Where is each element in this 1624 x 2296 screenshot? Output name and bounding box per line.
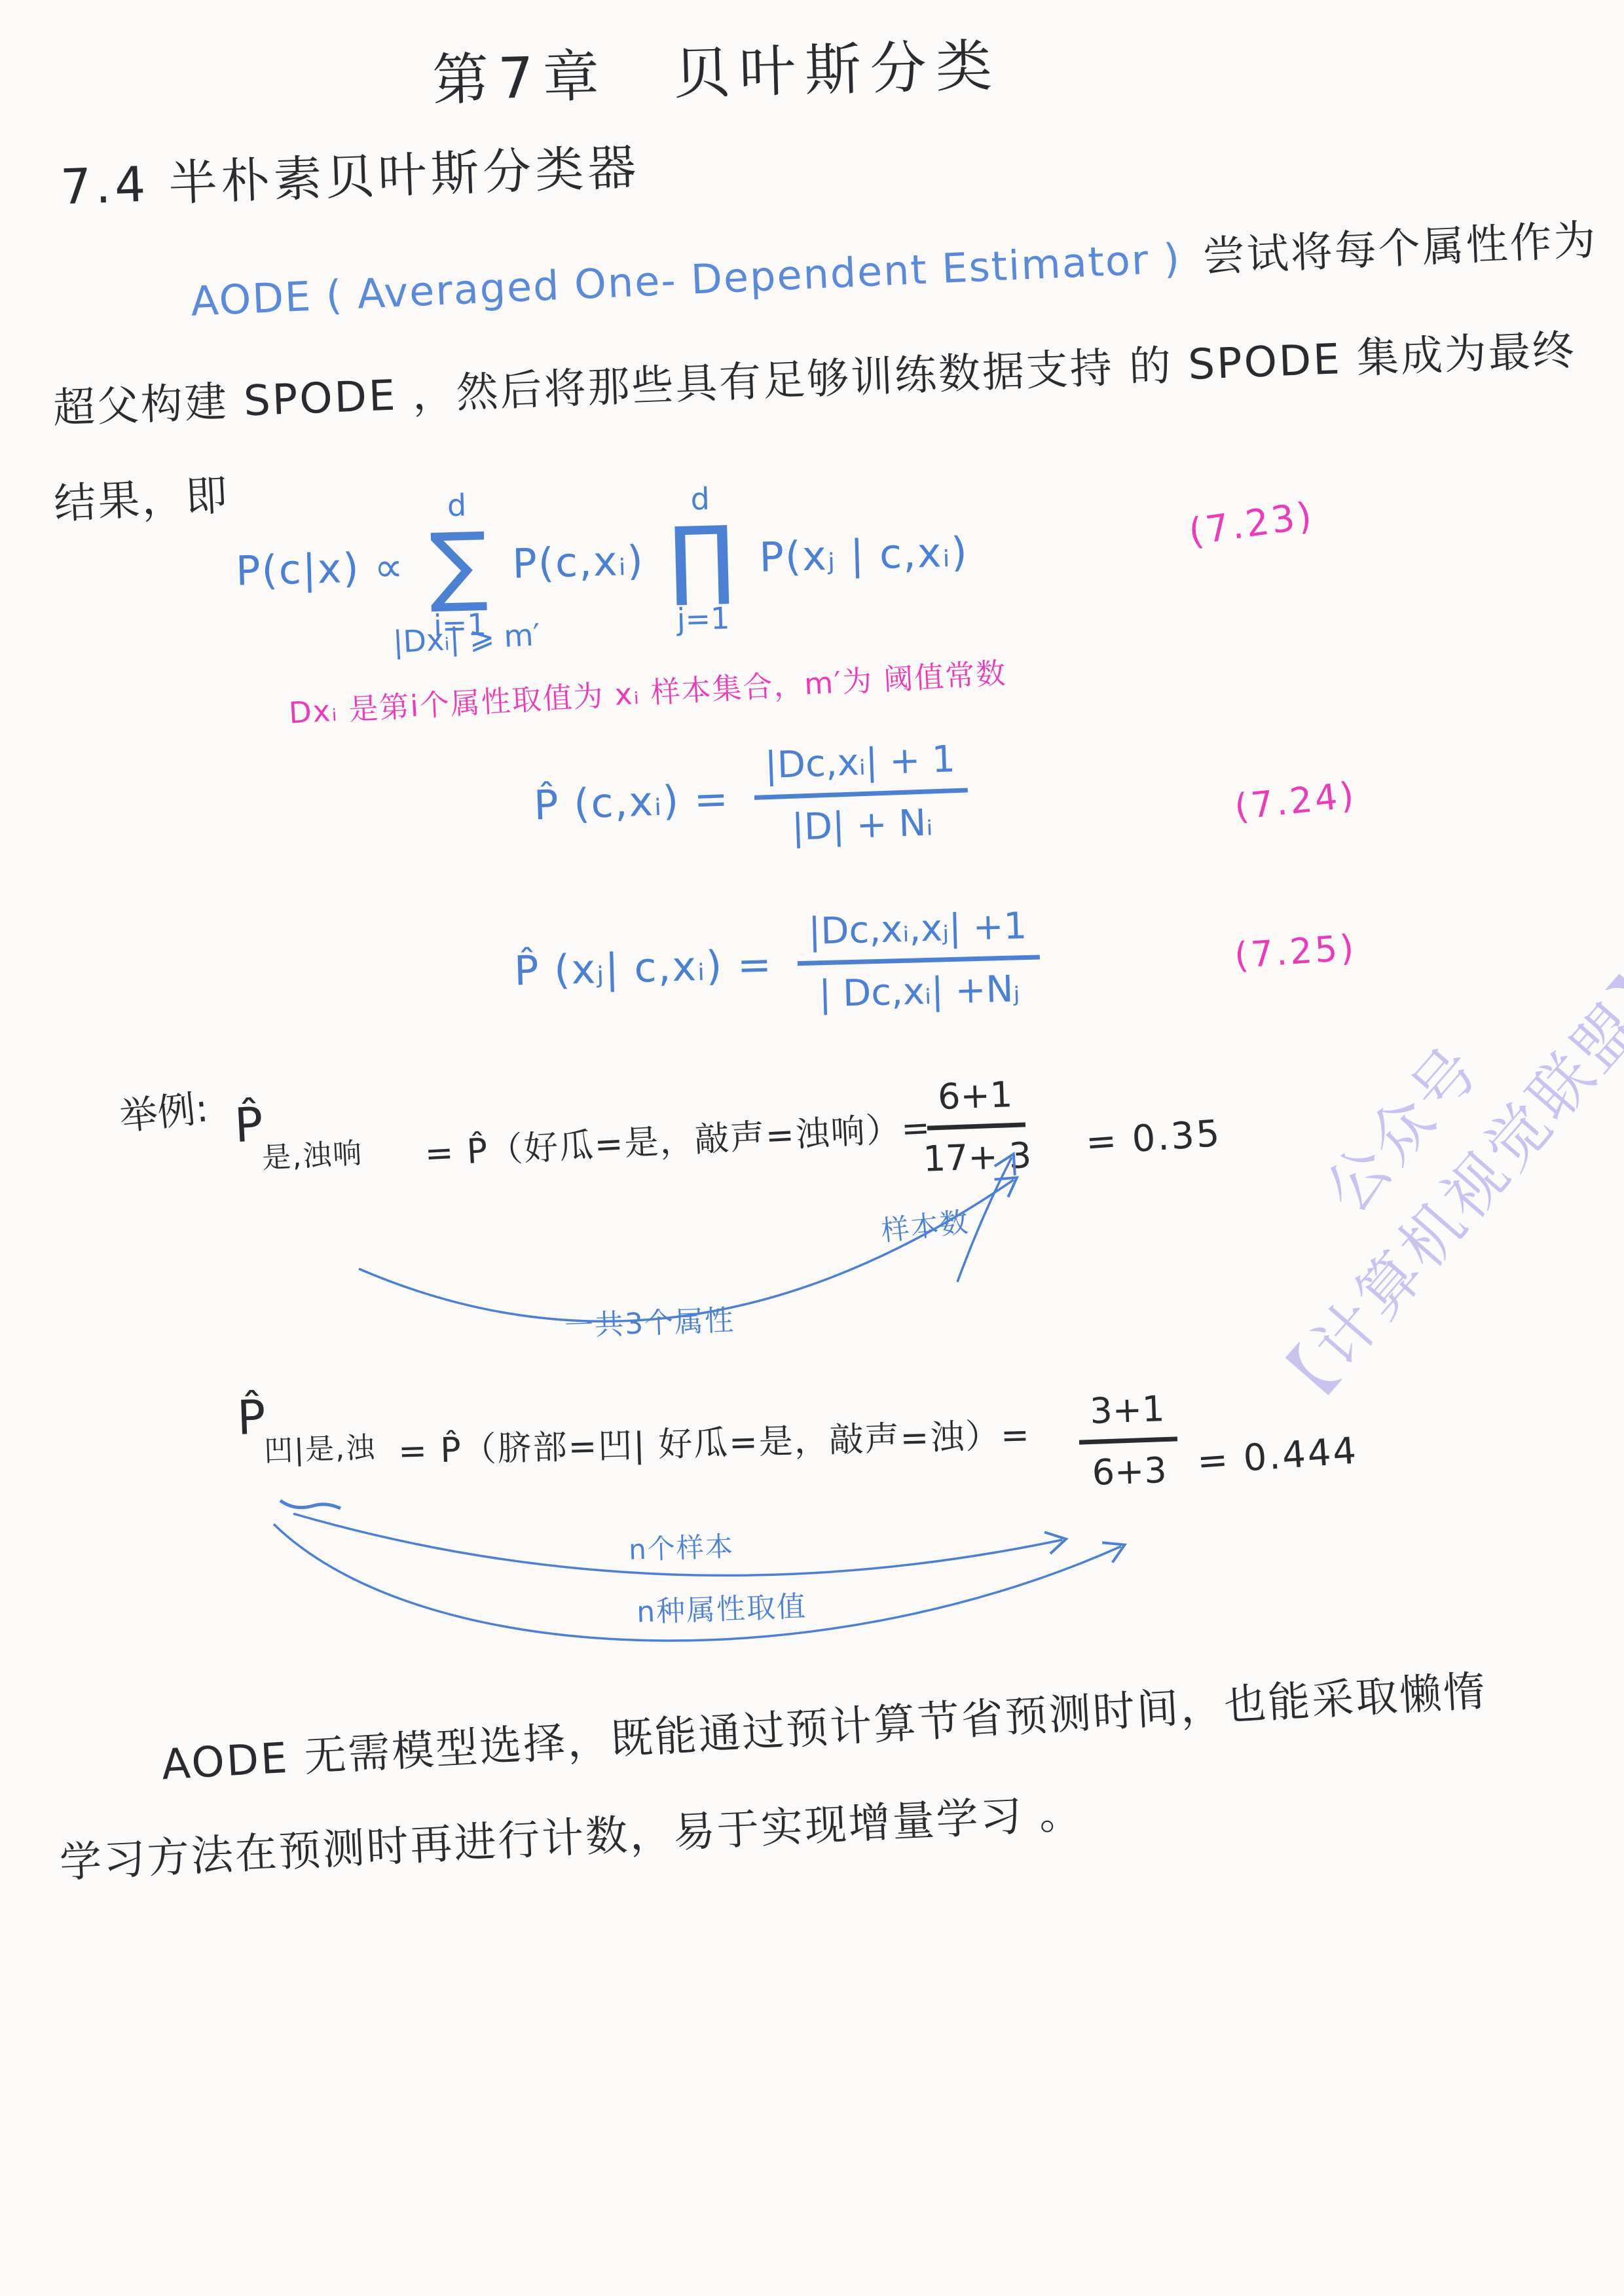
closing-line-2: 学习方法在预测时再进行计数，易于实现增量学习 。 bbox=[58, 1779, 1084, 1889]
three-attributes-label: 一共3个属性 bbox=[564, 1296, 735, 1344]
sigma-symbol: ∑ bbox=[428, 520, 489, 610]
eq723-term2: P(xⱼ | c,xᵢ) bbox=[759, 528, 969, 581]
equation-7-24: P̂ (c,xᵢ) = |Dc,xᵢ| + 1 |D| + Nᵢ bbox=[532, 737, 970, 858]
sum-condition: |Dxᵢ| ⩾ m′ bbox=[392, 617, 541, 660]
n-samples-label: n个样本 bbox=[628, 1525, 735, 1568]
equation-number-7-25: (7.25) bbox=[1233, 927, 1357, 977]
eq723-lhs: P(c|x) ∝ bbox=[235, 543, 405, 595]
product-operator: d ∏ j=1 bbox=[667, 483, 737, 636]
example1-numerator: 6+1 bbox=[925, 1073, 1025, 1130]
example2-phat: P̂ bbox=[236, 1393, 267, 1441]
example2-fraction: 3+1 6+3 bbox=[1077, 1387, 1179, 1493]
eq725-fraction: |Dc,xᵢ,xⱼ| +1 | Dc,xᵢ| +Nⱼ bbox=[796, 905, 1041, 1017]
sample-count-note: 样本数 bbox=[879, 1200, 971, 1249]
handwritten-notes-page: 第7章 贝叶斯分类 7.4 半朴素贝叶斯分类器 AODE ( Averaged … bbox=[0, 0, 1624, 2296]
example1-lhs: P̂ 是,浊响 bbox=[233, 1095, 365, 1149]
eq725-numerator: |Dc,xᵢ,xⱼ| +1 bbox=[796, 905, 1040, 966]
equation-7-25: P̂ (xⱼ| c,xᵢ) = |Dc,xᵢ,xⱼ| +1 | Dc,xᵢ| +… bbox=[513, 905, 1041, 1024]
example2-numerator: 3+1 bbox=[1077, 1387, 1177, 1444]
eq724-numerator: |Dc,xᵢ| + 1 bbox=[752, 737, 968, 799]
section-heading: 7.4 半朴素贝叶斯分类器 bbox=[59, 129, 640, 219]
chapter-title: 第7章 贝叶斯分类 bbox=[432, 20, 1003, 117]
aode-definition: AODE ( Averaged One- Dependent Estimator… bbox=[190, 234, 1182, 325]
product-lower-limit: j=1 bbox=[676, 602, 730, 635]
eq725-lhs: P̂ (xⱼ| c,xᵢ) = bbox=[513, 940, 773, 994]
pi-symbol: ∏ bbox=[668, 514, 735, 604]
example1-fraction: 6+1 17+ 3 bbox=[920, 1073, 1032, 1180]
example2-denominator: 6+3 bbox=[1091, 1442, 1168, 1493]
example2-expression: = P̂（脐部=凹| 好瓜=是，敲声=浊）= bbox=[397, 1407, 1031, 1472]
eq724-fraction: |Dc,xᵢ| + 1 |D| + Nᵢ bbox=[752, 737, 970, 850]
equation-number-7-24: (7.24) bbox=[1232, 774, 1358, 828]
eq725-denominator: | Dc,xᵢ| +Nⱼ bbox=[818, 960, 1020, 1015]
example2-result: = 0.444 bbox=[1196, 1429, 1359, 1483]
equation-7-23: P(c|x) ∝ d ∑ i=1 P(c,xᵢ) d ∏ j=1 P(xⱼ | … bbox=[234, 476, 970, 646]
example2-subscript: 凹|是,浊 bbox=[263, 1423, 377, 1469]
example1-subscript: 是,浊响 bbox=[261, 1129, 363, 1176]
example-label: 举例: bbox=[117, 1077, 211, 1141]
n-attribute-values-label: n种属性取值 bbox=[636, 1582, 807, 1630]
intro-line-1-tail: 尝试将每个属性作为 bbox=[1202, 206, 1598, 283]
eq724-lhs: P̂ (c,xᵢ) = bbox=[533, 774, 730, 829]
eq724-denominator: |D| + Nᵢ bbox=[791, 793, 934, 848]
example1-result: = 0.35 bbox=[1084, 1112, 1223, 1164]
example1-expression: = P̂（好瓜=是，敲声=浊响）= bbox=[424, 1100, 932, 1175]
subscript-underline-scribble bbox=[280, 1501, 341, 1508]
threshold-annotation: Dxᵢ 是第i个属性取值为 xᵢ 样本集合，m′为 阈值常数 bbox=[287, 649, 1008, 731]
example1-phat: P̂ bbox=[233, 1101, 264, 1149]
intro-line-1: AODE ( Averaged One- Dependent Estimator… bbox=[189, 206, 1598, 328]
example1-denominator: 17+ 3 bbox=[922, 1127, 1032, 1180]
example2-lhs: P̂ 凹|是,浊 bbox=[236, 1389, 378, 1441]
intro-line-2: 超父构建 SPODE ，然后将那些具有足够训练数据支持 的 SPODE 集成为最… bbox=[52, 316, 1577, 435]
sum-operator: d ∑ i=1 bbox=[428, 489, 490, 642]
intro-line-3: 结果，即 bbox=[52, 462, 231, 531]
closing-line-1: AODE 无需模型选择，既能通过预计算节省预测时间，也能采取懒惰 bbox=[160, 1657, 1488, 1791]
eq723-term1: P(c,xᵢ) bbox=[511, 536, 644, 587]
equation-number-7-23: (7.23) bbox=[1186, 494, 1317, 554]
